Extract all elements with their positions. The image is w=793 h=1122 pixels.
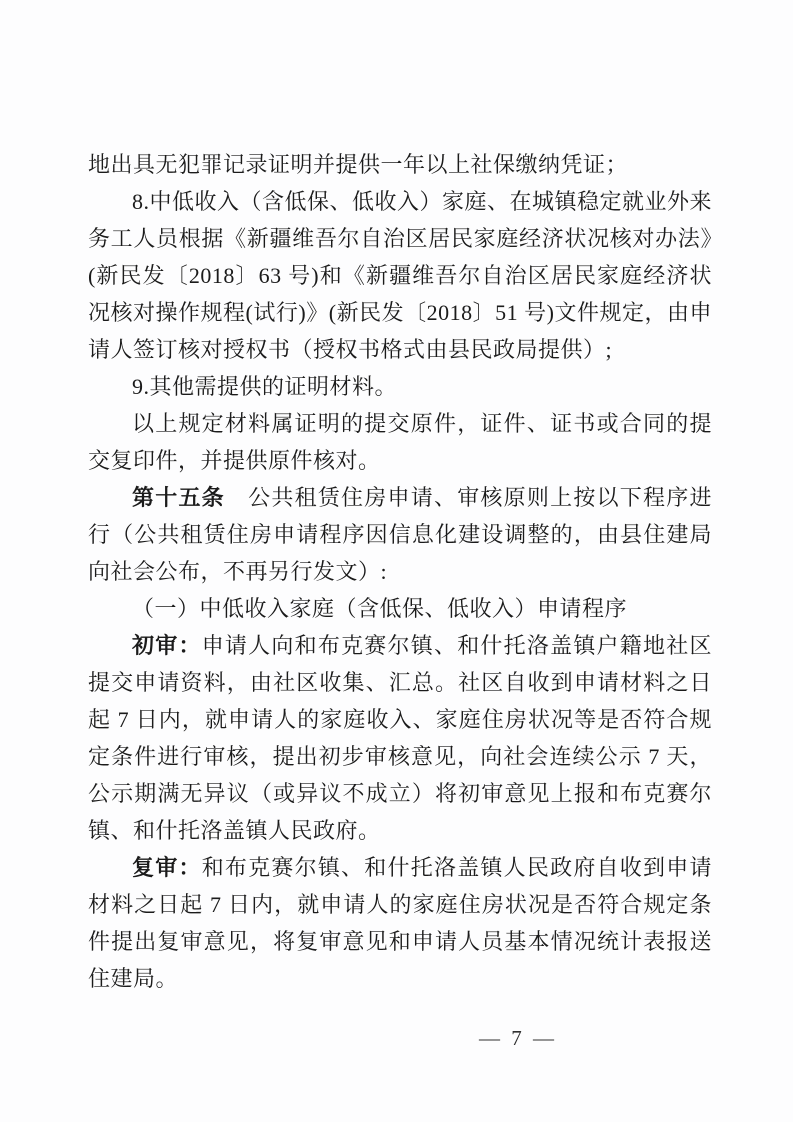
paragraph-text: （一）中低收入家庭（含低保、低收入）申请程序 [132,596,627,621]
paragraph: 复审：和布克赛尔镇、和什托洛盖镇人民政府自收到申请材料之日起 7 日内，就申请人… [88,849,712,997]
paragraph: 9.其他需提供的证明材料。 [88,368,712,405]
paragraph-text: 9.其他需提供的证明材料。 [132,374,397,399]
page-number: — 7 — [479,1026,557,1051]
paragraph: 8.中低收入（含低保、低收入）家庭、在城镇稳定就业外来务工人员根据《新疆维吾尔自… [88,183,712,368]
paragraph: 地出具无犯罪记录证明并提供一年以上社保缴纳凭证； [88,146,712,183]
paragraph-text: 地出具无犯罪记录证明并提供一年以上社保缴纳凭证； [88,152,628,177]
document-body: 地出具无犯罪记录证明并提供一年以上社保缴纳凭证；8.中低收入（含低保、低收入）家… [88,146,712,997]
paragraph-text: 申请人向和布克赛尔镇、和什托洛盖镇户籍地社区提交申请资料，由社区收集、汇总。社区… [88,633,712,843]
paragraph-lead-bold: 初审： [132,633,202,658]
paragraph: （一）中低收入家庭（含低保、低收入）申请程序 [88,590,712,627]
page-footer: — 7 — [0,1026,793,1056]
paragraph-lead-bold: 第十五条 [132,485,225,510]
paragraph-text: 8.中低收入（含低保、低收入）家庭、在城镇稳定就业外来务工人员根据《新疆维吾尔自… [88,189,712,362]
paragraph: 第十五条 公共租赁住房申请、审核原则上按以下程序进行（公共租赁住房申请程序因信息… [88,479,712,590]
paragraph: 初审：申请人向和布克赛尔镇、和什托洛盖镇户籍地社区提交申请资料，由社区收集、汇总… [88,627,712,849]
paragraph: 以上规定材料属证明的提交原件，证件、证书或合同的提交复印件，并提供原件核对。 [88,405,712,479]
paragraph-lead-bold: 复审： [132,855,202,880]
paragraph-text: 以上规定材料属证明的提交原件，证件、证书或合同的提交复印件，并提供原件核对。 [88,411,712,473]
document-page: 地出具无犯罪记录证明并提供一年以上社保缴纳凭证；8.中低收入（含低保、低收入）家… [0,0,793,1122]
